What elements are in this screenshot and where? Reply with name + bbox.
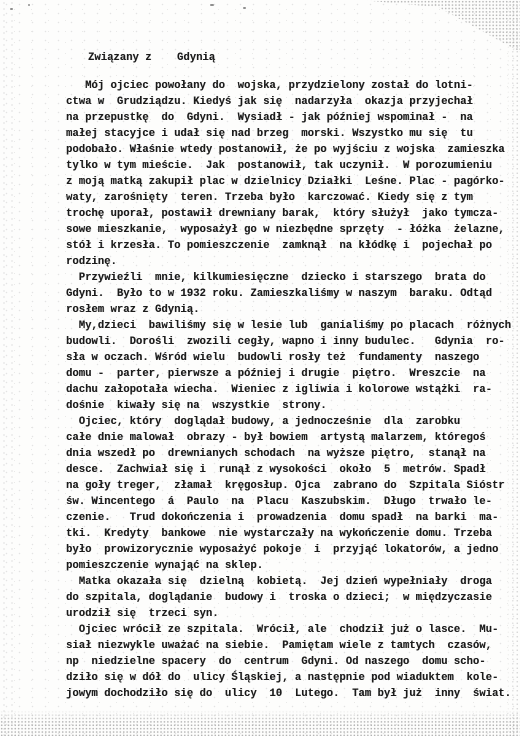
scan-noise-bottom-band: [0, 710, 520, 736]
typewritten-text-block: Związany z Gdynią Mój ojciec powołany do…: [66, 50, 511, 702]
paragraph-5: Matka okazała się dzielną kobietą. Jej d…: [66, 574, 511, 622]
paragraph-2: Przywieźli mnie, kilkumiesięczne dziecko…: [66, 270, 511, 318]
paragraph-3: My,dzieci bawiliśmy się w lesie lub gani…: [66, 318, 511, 414]
scan-speck: [243, 7, 246, 9]
scan-speck: [210, 4, 214, 6]
paragraph-6: Ojciec wrócił ze szpitala. Wrócił, ale c…: [66, 622, 511, 702]
scan-noise-left-edge: [0, 0, 18, 736]
scan-noise-top-right: [305, 0, 520, 52]
document-title: Związany z Gdynią: [66, 50, 511, 66]
scan-speck: [10, 8, 13, 10]
scan-speck: [28, 4, 30, 6]
paragraph-1: Mój ojciec powołany do wojska, przydziel…: [66, 78, 511, 270]
scanned-document-page: Związany z Gdynią Mój ojciec powołany do…: [0, 0, 520, 736]
paragraph-4: Ojciec, który doglądał budowy, a jednocz…: [66, 414, 511, 574]
